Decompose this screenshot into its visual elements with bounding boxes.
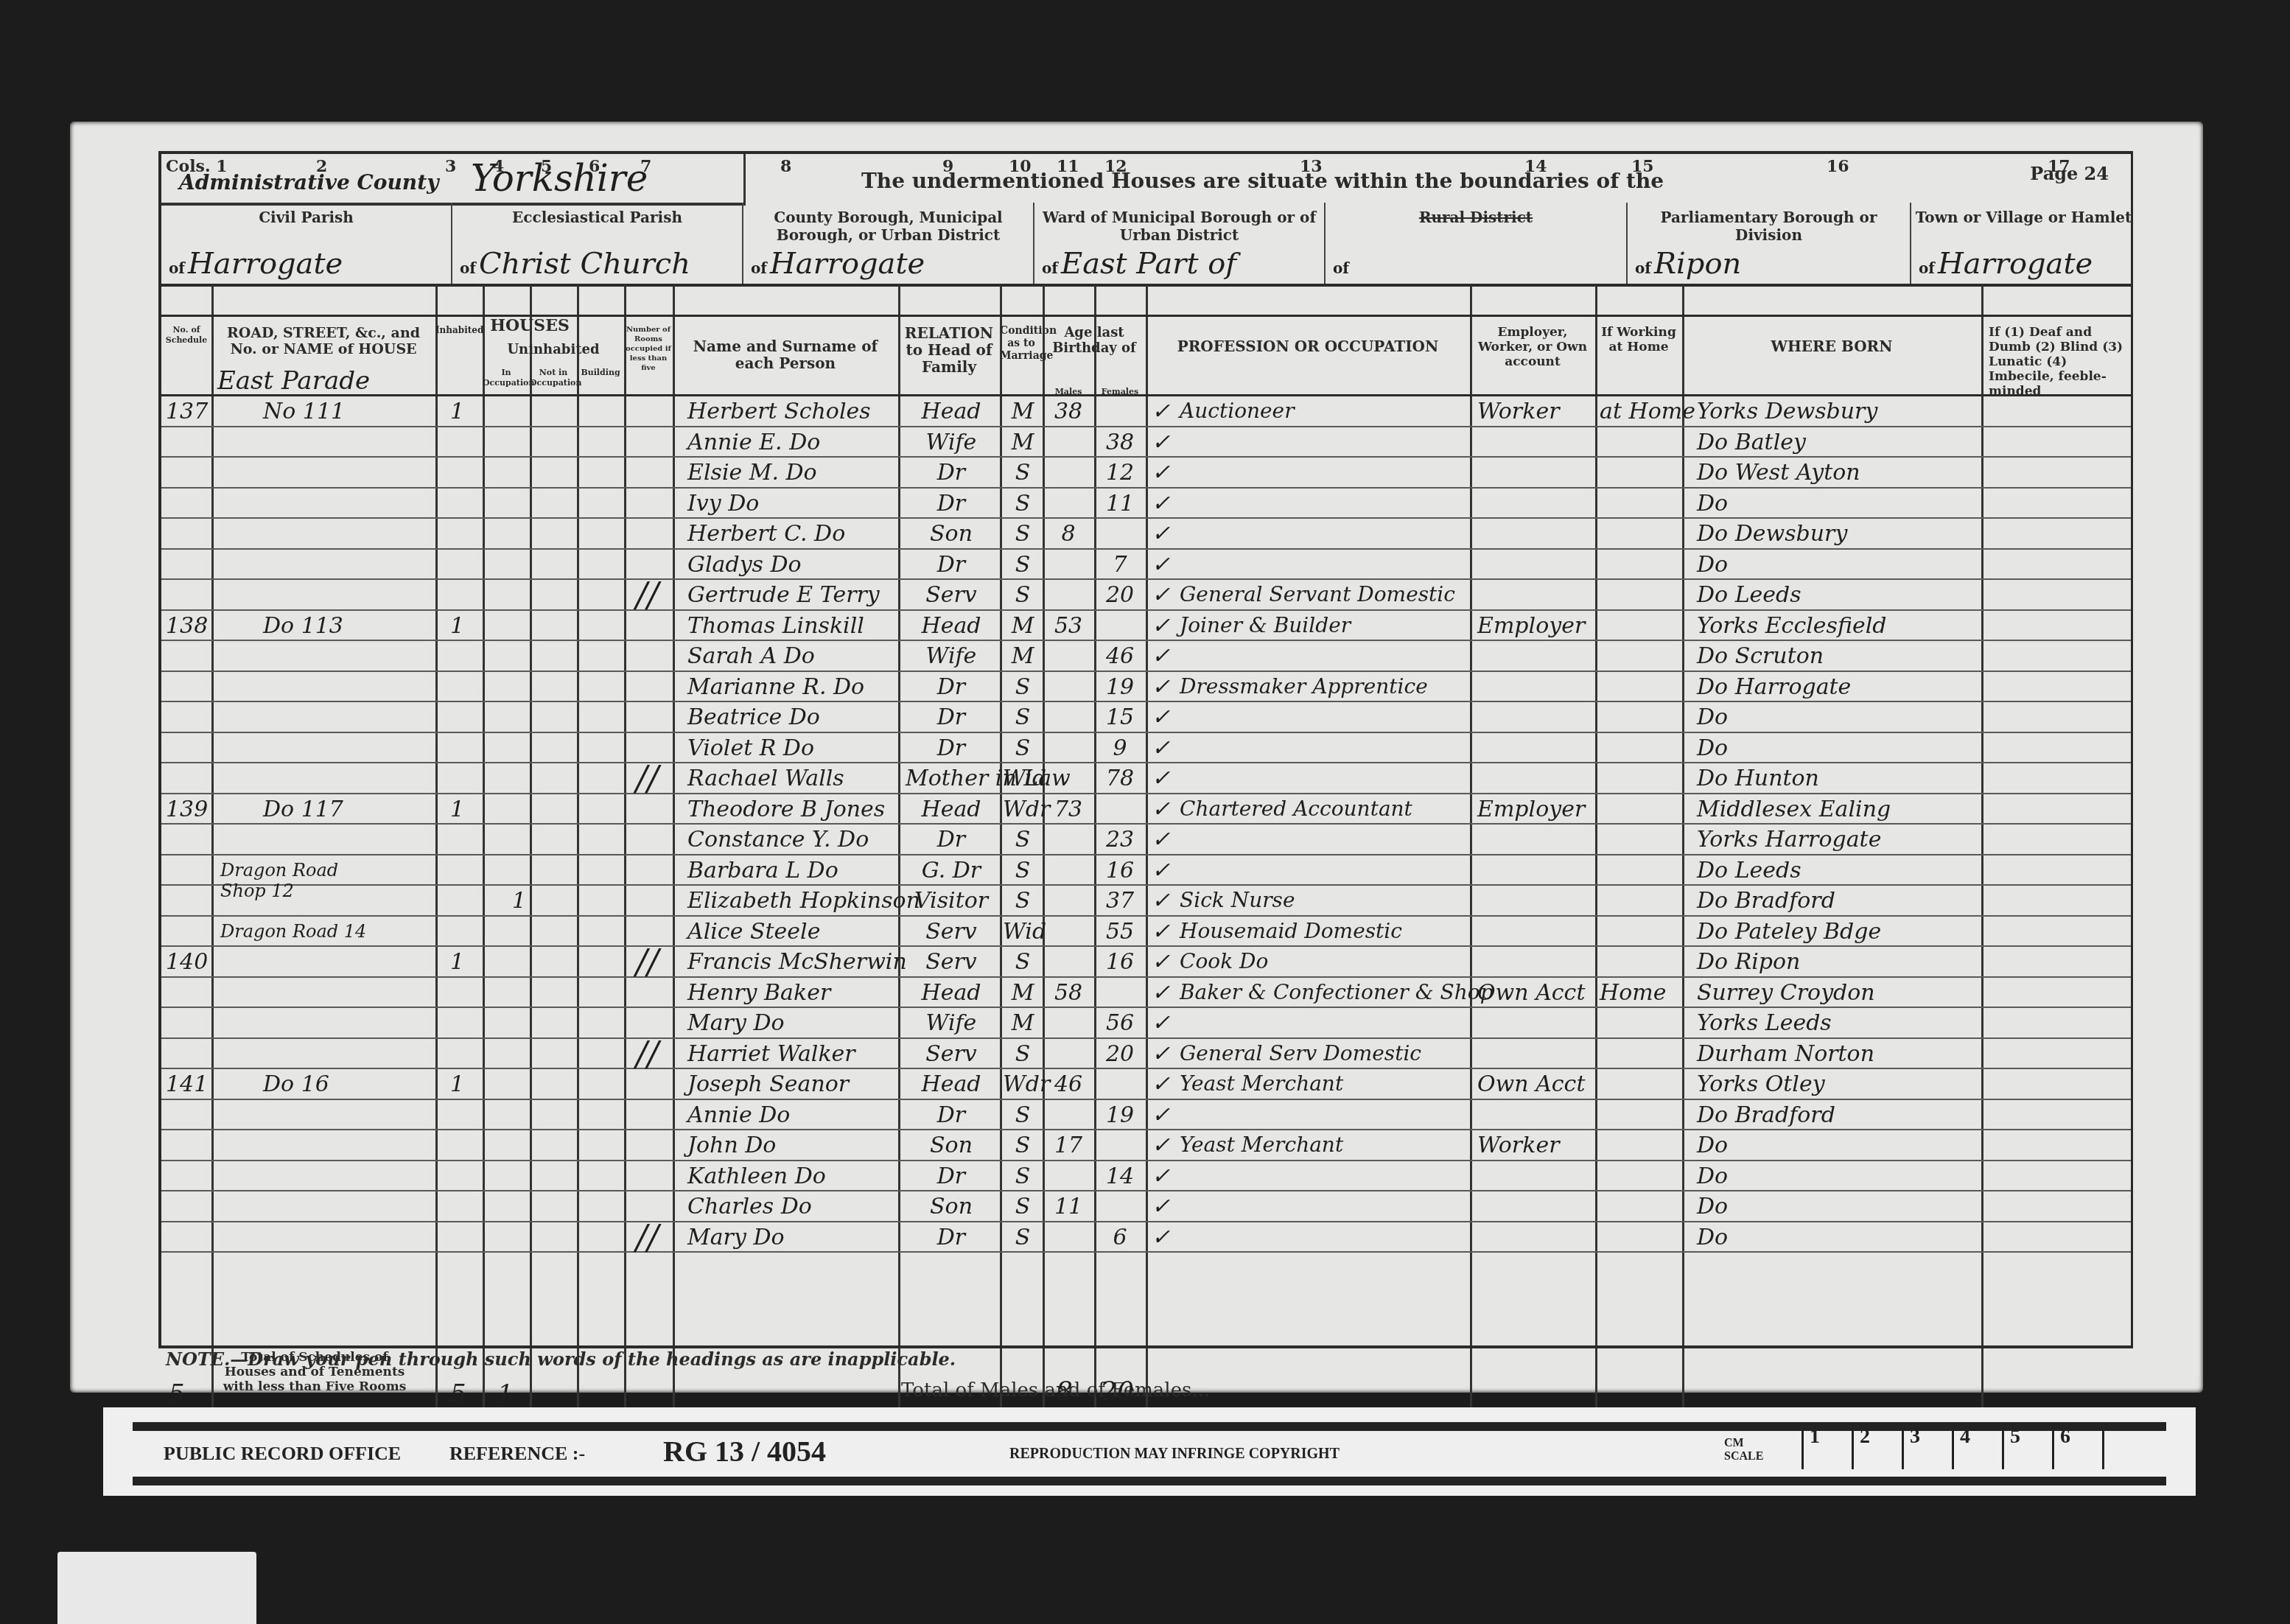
table-row-rule — [161, 1190, 2131, 1191]
female-age: 37 — [1097, 888, 1143, 914]
occupation: Chartered Accountant — [1180, 797, 1412, 821]
relation-to-head: Son — [906, 521, 997, 547]
marital-condition: S — [1003, 491, 1043, 517]
relation-to-head: Dr — [906, 674, 997, 700]
check-mark: ✓ — [1152, 399, 1170, 424]
col-infirmity-header: If (1) Deaf and Dumb (2) Blind (3) Lunat… — [1981, 325, 2136, 399]
scale-mark: 4 — [1952, 1425, 2003, 1469]
relation-to-head: Head — [906, 399, 997, 424]
boundary-value: ofHarrogate — [1919, 247, 2093, 281]
column-number: 9 — [942, 157, 953, 176]
relation-to-head: Head — [906, 613, 997, 639]
household-divider-mark: // — [636, 1217, 659, 1257]
check-mark: ✓ — [1152, 1225, 1170, 1250]
table-row-rule — [161, 456, 2131, 458]
boundary-3: County Borough, Municipal Borough, or Ur… — [743, 203, 1034, 285]
male-age: 58 — [1046, 980, 1091, 1006]
house-address: No 111 — [263, 399, 345, 424]
table-row-rule — [161, 426, 2131, 427]
relation-to-head: Serv — [906, 949, 997, 975]
female-age: 20 — [1097, 582, 1143, 608]
person-name: Marianne R. Do — [687, 674, 864, 700]
relation-to-head: Head — [906, 980, 997, 1006]
birthplace: Durham Norton — [1697, 1041, 1874, 1067]
col-building-header: Building — [577, 368, 624, 378]
col-age-header: Age last Birthday of — [1043, 325, 1146, 356]
of-prefix: of — [1635, 259, 1651, 277]
birthplace: Do — [1697, 1163, 1728, 1189]
relation-to-head: Son — [906, 1194, 997, 1219]
occupation: Joiner & Builder — [1180, 613, 1351, 637]
boundary-value-text: Harrogate — [188, 247, 343, 281]
person-name: Beatrice Do — [687, 704, 820, 730]
birthplace: Middlesex Ealing — [1697, 797, 1891, 822]
column-number: 4 — [493, 157, 504, 176]
column-number: 2 — [316, 157, 327, 176]
person-name: Constance Y. Do — [687, 827, 869, 853]
col-females-header: Females — [1094, 384, 1146, 400]
inhabited-count: 1 — [450, 949, 464, 975]
of-prefix: of — [1042, 259, 1058, 277]
uninhabited-count: 1 — [512, 888, 526, 914]
table-row-rule — [161, 1160, 2131, 1161]
boundary-value: ofHarrogate — [751, 247, 925, 281]
relation-to-head: Dr — [906, 1163, 997, 1189]
employment-status: Own Acct — [1477, 980, 1585, 1006]
male-age: 17 — [1046, 1133, 1091, 1158]
table-row-rule — [161, 548, 2131, 550]
male-age: 38 — [1046, 399, 1091, 424]
divider — [161, 315, 2131, 317]
female-age: 19 — [1097, 674, 1143, 700]
check-mark: ✓ — [1152, 552, 1170, 578]
person-name: Alice Steele — [687, 919, 820, 945]
birthplace: Do — [1697, 704, 1728, 730]
inhabited-count: 1 — [450, 613, 464, 639]
table-row-rule — [161, 701, 2131, 702]
marital-condition: S — [1003, 582, 1043, 608]
check-mark: ✓ — [1152, 888, 1170, 914]
check-mark: ✓ — [1152, 460, 1170, 486]
marital-condition: S — [1003, 888, 1043, 914]
person-name: Annie E. Do — [687, 430, 820, 455]
male-age: 73 — [1046, 797, 1091, 822]
marital-condition: S — [1003, 1163, 1043, 1189]
person-name: Francis McSherwin — [687, 949, 907, 975]
person-name: Herbert Scholes — [687, 399, 871, 424]
boundary-value: ofEast Part of — [1042, 247, 1236, 281]
table-row-rule — [161, 854, 2131, 855]
person-name: Mary Do — [687, 1010, 785, 1036]
birthplace: Do Leeds — [1697, 858, 1801, 883]
table-row-rule — [161, 762, 2131, 763]
birthplace: Yorks Leeds — [1697, 1010, 1832, 1036]
person-name: Violet R Do — [687, 735, 814, 761]
boundary-value-text: East Part of — [1061, 247, 1236, 281]
female-age: 9 — [1097, 735, 1143, 761]
boundary-label: Town or Village or Hamlet — [1911, 203, 2136, 226]
of-prefix: of — [169, 259, 185, 277]
marital-condition: S — [1003, 735, 1043, 761]
copyright-notice: REPRODUCTION MAY INFRINGE COPYRIGHT — [1009, 1446, 1340, 1463]
of-prefix: of — [751, 259, 767, 277]
column-number: 15 — [1631, 157, 1654, 176]
occupation: Yeast Merchant — [1180, 1133, 1343, 1157]
person-name: Rachael Walls — [687, 766, 844, 791]
birthplace: Do Harrogate — [1697, 674, 1851, 700]
boundary-5: Rural Districtof — [1326, 203, 1628, 285]
birthplace: Surrey Croydon — [1697, 980, 1875, 1006]
birthplace: Do Dewsbury — [1697, 521, 1847, 547]
check-mark: ✓ — [1152, 1102, 1170, 1128]
relation-to-head: Serv — [906, 919, 997, 945]
boundary-label: Ecclesiastical Parish — [452, 203, 742, 226]
marital-condition: M — [1003, 643, 1043, 669]
blank-card — [57, 1552, 256, 1624]
col-name-header: Name and Surname of each Person — [673, 338, 898, 372]
birthplace: Do — [1697, 552, 1728, 578]
marital-condition: S — [1003, 552, 1043, 578]
marital-condition: S — [1003, 674, 1043, 700]
marital-condition: Wid — [1003, 766, 1043, 791]
check-mark: ✓ — [1152, 643, 1170, 669]
person-name: Barbara L Do — [687, 858, 838, 883]
female-age: 16 — [1097, 949, 1143, 975]
person-name: Gertrude E Terry — [687, 582, 880, 608]
boundary-label: Parliamentary Borough or Division — [1628, 203, 1910, 244]
marital-condition: S — [1003, 460, 1043, 486]
house-address: Do 117 — [263, 797, 343, 822]
marital-condition: S — [1003, 1194, 1043, 1219]
column-number: 11 — [1057, 157, 1079, 176]
person-name: Gladys Do — [687, 552, 802, 578]
female-age: 23 — [1097, 827, 1143, 853]
marital-condition: S — [1003, 1133, 1043, 1158]
column-number: Cols. 1 — [166, 157, 228, 176]
female-age: 11 — [1097, 491, 1143, 517]
col-schedule-header: No. of Schedule — [161, 325, 211, 346]
check-mark: ✓ — [1152, 582, 1170, 608]
female-age: 6 — [1097, 1225, 1143, 1250]
boundary-value-text: Ripon — [1654, 247, 1741, 281]
reference-number: RG 13 / 4054 — [663, 1434, 826, 1469]
relation-to-head: Mother in Law — [906, 766, 997, 791]
marital-condition: S — [1003, 1102, 1043, 1128]
office-label: PUBLIC RECORD OFFICE — [164, 1443, 401, 1465]
birthplace: Do West Ayton — [1697, 460, 1860, 486]
table-row-rule — [161, 578, 2131, 580]
relation-to-head: Head — [906, 1071, 997, 1097]
schedule-number: 141 — [166, 1071, 207, 1097]
boundary-value-text: Harrogate — [770, 247, 925, 281]
working-at-home: at Home — [1600, 399, 1695, 424]
relation-to-head: Serv — [906, 1041, 997, 1067]
marital-condition: M — [1003, 399, 1043, 424]
check-mark: ✓ — [1152, 980, 1170, 1006]
total-males: 8 — [1056, 1376, 1073, 1407]
birthplace: Yorks Dewsbury — [1697, 399, 1877, 424]
relation-to-head: Dr — [906, 827, 997, 853]
street-heading: East Parade — [217, 366, 370, 396]
boundary-label: County Borough, Municipal Borough, or Ur… — [743, 203, 1033, 244]
relation-to-head: Serv — [906, 582, 997, 608]
birthplace: Do Pateley Bdge — [1697, 919, 1881, 945]
column-number: 16 — [1827, 157, 1849, 176]
table-row-rule — [161, 976, 2131, 978]
birthplace: Do — [1697, 491, 1728, 517]
table-row-rule — [161, 609, 2131, 611]
scale-mark: 3 — [1902, 1425, 1953, 1469]
employment-status: Employer — [1477, 613, 1585, 639]
person-name: Elizabeth Hopkinson — [687, 888, 920, 914]
check-mark: ✓ — [1152, 674, 1170, 700]
birthplace: Do Bradford — [1697, 1102, 1835, 1128]
boundary-1: Civil ParishofHarrogate — [161, 203, 452, 285]
person-name: Kathleen Do — [687, 1163, 826, 1189]
house-address: Do 16 — [263, 1071, 329, 1097]
house-address: Do 113 — [263, 613, 343, 639]
birthplace: Do — [1697, 735, 1728, 761]
table-row-rule — [161, 487, 2131, 489]
col-uninhabited-header: Uninhabited — [483, 342, 624, 358]
col-occupation-header: PROFESSION OR OCCUPATION — [1146, 338, 1470, 355]
table-row-rule — [161, 1221, 2131, 1222]
divider — [161, 394, 2131, 396]
working-at-home: Home — [1600, 980, 1666, 1006]
female-age: 19 — [1097, 1102, 1143, 1128]
total-females: 20 — [1100, 1376, 1134, 1407]
column-number: 7 — [640, 157, 651, 176]
occupation: Housemaid Domestic — [1180, 919, 1402, 943]
cm-scale-label: CM SCALE — [1724, 1437, 1761, 1463]
marital-condition: M — [1003, 613, 1043, 639]
relation-to-head: Wife — [906, 643, 997, 669]
table-row-rule — [161, 517, 2131, 519]
relation-to-head: Dr — [906, 460, 997, 486]
census-form: Administrative County Yorkshire The unde… — [158, 151, 2133, 1348]
check-mark: ✓ — [1152, 1071, 1170, 1097]
boundary-label: Rural District — [1326, 203, 1626, 226]
person-name: Herbert C. Do — [687, 521, 845, 547]
table-row-rule — [161, 945, 2131, 947]
inhabited-count: 1 — [450, 1071, 464, 1097]
table-row-rule — [161, 793, 2131, 794]
table-row-rule — [161, 1251, 2131, 1253]
person-name: Joseph Seanor — [687, 1071, 849, 1097]
column-number: 17 — [2048, 157, 2070, 176]
employment-status: Own Acct — [1477, 1071, 1585, 1097]
person-name: Theodore B Jones — [687, 797, 885, 822]
scale-mark: 5 — [2002, 1425, 2053, 1469]
table-row-rule — [161, 823, 2131, 825]
boundary-label: Civil Parish — [161, 203, 451, 226]
birthplace: Do Hunton — [1697, 766, 1819, 791]
col-in-occupation-header: In Occupation — [483, 368, 530, 388]
col-rooms-header: Number of Rooms occupied if less than fi… — [624, 325, 673, 373]
person-name: Charles Do — [687, 1194, 812, 1219]
birthplace: Do Bradford — [1697, 888, 1835, 914]
birthplace: Do — [1697, 1133, 1728, 1158]
check-mark: ✓ — [1152, 858, 1170, 883]
person-name: Elsie M. Do — [687, 460, 817, 486]
employment-status: Worker — [1477, 399, 1559, 424]
col-houses-header: HOUSES — [435, 318, 624, 334]
male-age: 53 — [1046, 613, 1091, 639]
relation-to-head: Son — [906, 1133, 997, 1158]
house-address: Dragon Road Shop 12 — [220, 860, 382, 901]
birthplace: Yorks Harrogate — [1697, 827, 1881, 853]
marital-condition: Wdr — [1003, 797, 1043, 822]
inhabited-count: 1 — [450, 797, 464, 822]
of-prefix: of — [460, 259, 476, 277]
check-mark: ✓ — [1152, 704, 1170, 730]
occupation: General Servant Domestic — [1180, 582, 1455, 606]
occupation: Sick Nurse — [1180, 888, 1295, 912]
female-age: 12 — [1097, 460, 1143, 486]
person-name: Sarah A Do — [687, 643, 815, 669]
female-age: 20 — [1097, 1041, 1143, 1067]
table-row-rule — [161, 1099, 2131, 1100]
person-name: Mary Do — [687, 1225, 785, 1250]
relation-to-head: Wife — [906, 1010, 997, 1036]
table-row-rule — [161, 732, 2131, 733]
male-age: 8 — [1046, 521, 1091, 547]
total-inhabited: 5 — [450, 1379, 466, 1409]
check-mark: ✓ — [1152, 827, 1170, 853]
col-at-home-header: If Working at Home — [1595, 325, 1682, 354]
female-age: 16 — [1097, 858, 1143, 883]
marital-condition: S — [1003, 949, 1043, 975]
boundary-6: Parliamentary Borough or DivisionofRipon — [1628, 203, 1911, 285]
marital-condition: S — [1003, 521, 1043, 547]
occupation: Baker & Confectioner & Shop — [1180, 980, 1494, 1004]
check-mark: ✓ — [1152, 1163, 1170, 1189]
marital-condition: Wid — [1003, 919, 1043, 945]
boundary-value: ofHarrogate — [169, 247, 343, 281]
occupation: Cook Do — [1180, 949, 1268, 973]
female-age: 15 — [1097, 704, 1143, 730]
relation-to-head: Dr — [906, 1102, 997, 1128]
schedule-number: 137 — [166, 399, 207, 424]
col-not-in-occupation-header: Not in Occupation — [530, 368, 577, 388]
female-age: 55 — [1097, 919, 1143, 945]
house-address: Dragon Road 14 — [220, 921, 382, 942]
table-row-rule — [161, 1007, 2131, 1008]
female-age: 7 — [1097, 552, 1143, 578]
female-age: 56 — [1097, 1010, 1143, 1036]
occupation: Auctioneer — [1180, 399, 1295, 423]
birthplace: Yorks Otley — [1697, 1071, 1825, 1097]
boundary-label: Ward of Municipal Borough or of Urban Di… — [1034, 203, 1324, 244]
col-males-header: Males — [1043, 384, 1094, 400]
check-mark: ✓ — [1152, 491, 1170, 517]
check-mark: ✓ — [1152, 1041, 1170, 1067]
marital-condition: M — [1003, 980, 1043, 1006]
table-row-rule — [161, 1068, 2131, 1069]
column-number: 13 — [1300, 157, 1323, 176]
boundary-value: of — [1333, 247, 1352, 281]
table-row-rule — [161, 671, 2131, 672]
boundary-4: Ward of Municipal Borough or of Urban Di… — [1034, 203, 1326, 285]
person-name: John Do — [687, 1133, 776, 1158]
check-mark: ✓ — [1152, 919, 1170, 945]
total-schedules: 5 — [169, 1379, 185, 1409]
total-in-occupation: 1 — [497, 1379, 514, 1409]
reference-label: REFERENCE :- — [449, 1443, 585, 1465]
column-number: 8 — [780, 157, 791, 176]
column-number: 10 — [1009, 157, 1032, 176]
person-name: Harriet Walker — [687, 1041, 855, 1067]
household-divider-mark: // — [636, 942, 659, 981]
reference-strip: PUBLIC RECORD OFFICE REFERENCE :- RG 13 … — [103, 1407, 2196, 1496]
person-name: Ivy Do — [687, 491, 759, 517]
relation-to-head: Dr — [906, 735, 997, 761]
scale-mark: 2 — [1852, 1425, 1903, 1469]
birthplace: Do Batley — [1697, 430, 1806, 455]
note: NOTE.—Draw your pen through such words o… — [166, 1348, 956, 1370]
female-age: 38 — [1097, 430, 1143, 455]
scale-mark: 6 — [2052, 1425, 2104, 1469]
occupation: General Serv Domestic — [1180, 1041, 1421, 1065]
col-relation-header: RELATION to Head of Family — [898, 325, 1000, 376]
col-employer-header: Employer, Worker, or Own account — [1470, 325, 1595, 369]
boundary-value-text: Christ Church — [479, 247, 690, 281]
column-number: 5 — [541, 157, 552, 176]
check-mark: ✓ — [1152, 1010, 1170, 1036]
marital-condition: S — [1003, 704, 1043, 730]
person-name: Annie Do — [687, 1102, 790, 1128]
birthplace: Do — [1697, 1225, 1728, 1250]
male-age: 46 — [1046, 1071, 1091, 1097]
table-row-rule — [161, 884, 2131, 886]
boundary-value: ofRipon — [1635, 247, 1741, 281]
female-age: 78 — [1097, 766, 1143, 791]
strip-rule-bottom — [133, 1477, 2166, 1485]
person-name: Thomas Linskill — [687, 613, 864, 639]
female-age: 14 — [1097, 1163, 1143, 1189]
household-divider-mark: // — [636, 575, 659, 615]
relation-to-head: Visitor — [906, 888, 997, 914]
employment-status: Employer — [1477, 797, 1585, 822]
relation-to-head: Dr — [906, 491, 997, 517]
col-condition-header: Condition as to Marriage — [1000, 325, 1043, 363]
table-row-rule — [161, 1129, 2131, 1130]
column-number: 12 — [1104, 157, 1127, 176]
relation-to-head: Dr — [906, 1225, 997, 1250]
birthplace: Do Ripon — [1697, 949, 1800, 975]
schedule-number: 139 — [166, 797, 207, 822]
check-mark: ✓ — [1152, 766, 1170, 791]
check-mark: ✓ — [1152, 521, 1170, 547]
marital-condition: M — [1003, 430, 1043, 455]
relation-to-head: Dr — [906, 552, 997, 578]
household-divider-mark: // — [636, 1034, 659, 1074]
boundary-value: ofChrist Church — [460, 247, 690, 281]
table-row-rule — [161, 1037, 2131, 1039]
relation-to-head: Dr — [906, 704, 997, 730]
marital-condition: S — [1003, 858, 1043, 883]
check-mark: ✓ — [1152, 949, 1170, 975]
column-number: 6 — [589, 157, 600, 176]
scale-end — [2102, 1425, 2110, 1469]
table-row-rule — [161, 915, 2131, 917]
relation-to-head: Head — [906, 797, 997, 822]
check-mark: ✓ — [1152, 1133, 1170, 1158]
birthplace: Do Leeds — [1697, 582, 1801, 608]
column-number: 14 — [1524, 157, 1547, 176]
of-prefix: of — [1919, 259, 1935, 277]
col-where-born-header: WHERE BORN — [1682, 338, 1981, 355]
